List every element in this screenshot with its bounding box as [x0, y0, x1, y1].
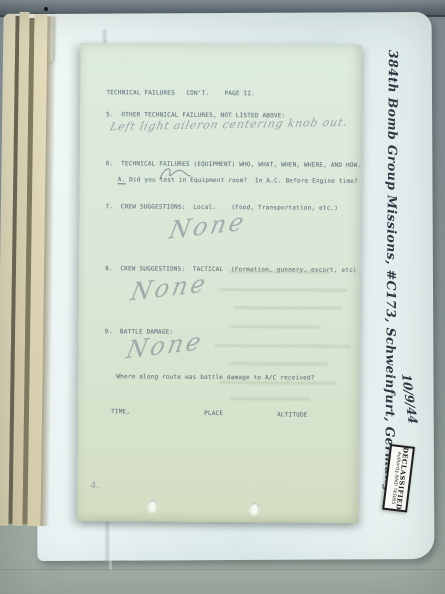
table-seam-line — [0, 569, 445, 570]
footer-col-altitude: ALTITUDE — [277, 411, 308, 418]
bleed-through-text — [230, 397, 310, 401]
document-photo-scene: TECHNICAL FAILURES CON'T. PAGE II. 5. OT… — [0, 0, 445, 594]
bleed-through-text — [219, 288, 347, 292]
bleed-through-text — [215, 344, 351, 348]
battle-damage-question: Where along route was battle damage to A… — [116, 373, 314, 381]
bleed-through-text — [229, 270, 329, 274]
section-7-handwritten-none: None — [167, 207, 249, 245]
punch-hole-right — [248, 501, 260, 516]
section-8-handwritten-none: None — [128, 269, 210, 307]
pencil-page-mark: 4. — [90, 481, 99, 492]
footer-col-place: PLACE — [204, 410, 223, 417]
bleed-through-text — [218, 381, 336, 385]
bleed-through-text — [229, 325, 321, 329]
pencil-scribble — [158, 166, 192, 184]
bleed-through-text — [234, 306, 342, 310]
bleed-through-text — [228, 362, 328, 366]
typed-page: TECHNICAL FAILURES CON'T. PAGE II. 5. OT… — [77, 43, 361, 523]
page-stack-edge — [0, 10, 64, 533]
footer-col-time: TIME, — [111, 408, 130, 415]
section-6a-question: A. Did you test in Equipment room? In A.… — [118, 176, 358, 185]
section-6-heading: 6. TECHNICAL FAILURES (EQUIPMENT) WHO, W… — [106, 160, 361, 169]
page-header: TECHNICAL FAILURES CON'T. PAGE II. — [106, 89, 255, 97]
punch-hole-left — [146, 499, 158, 514]
section-6a-label: A. — [118, 176, 126, 184]
